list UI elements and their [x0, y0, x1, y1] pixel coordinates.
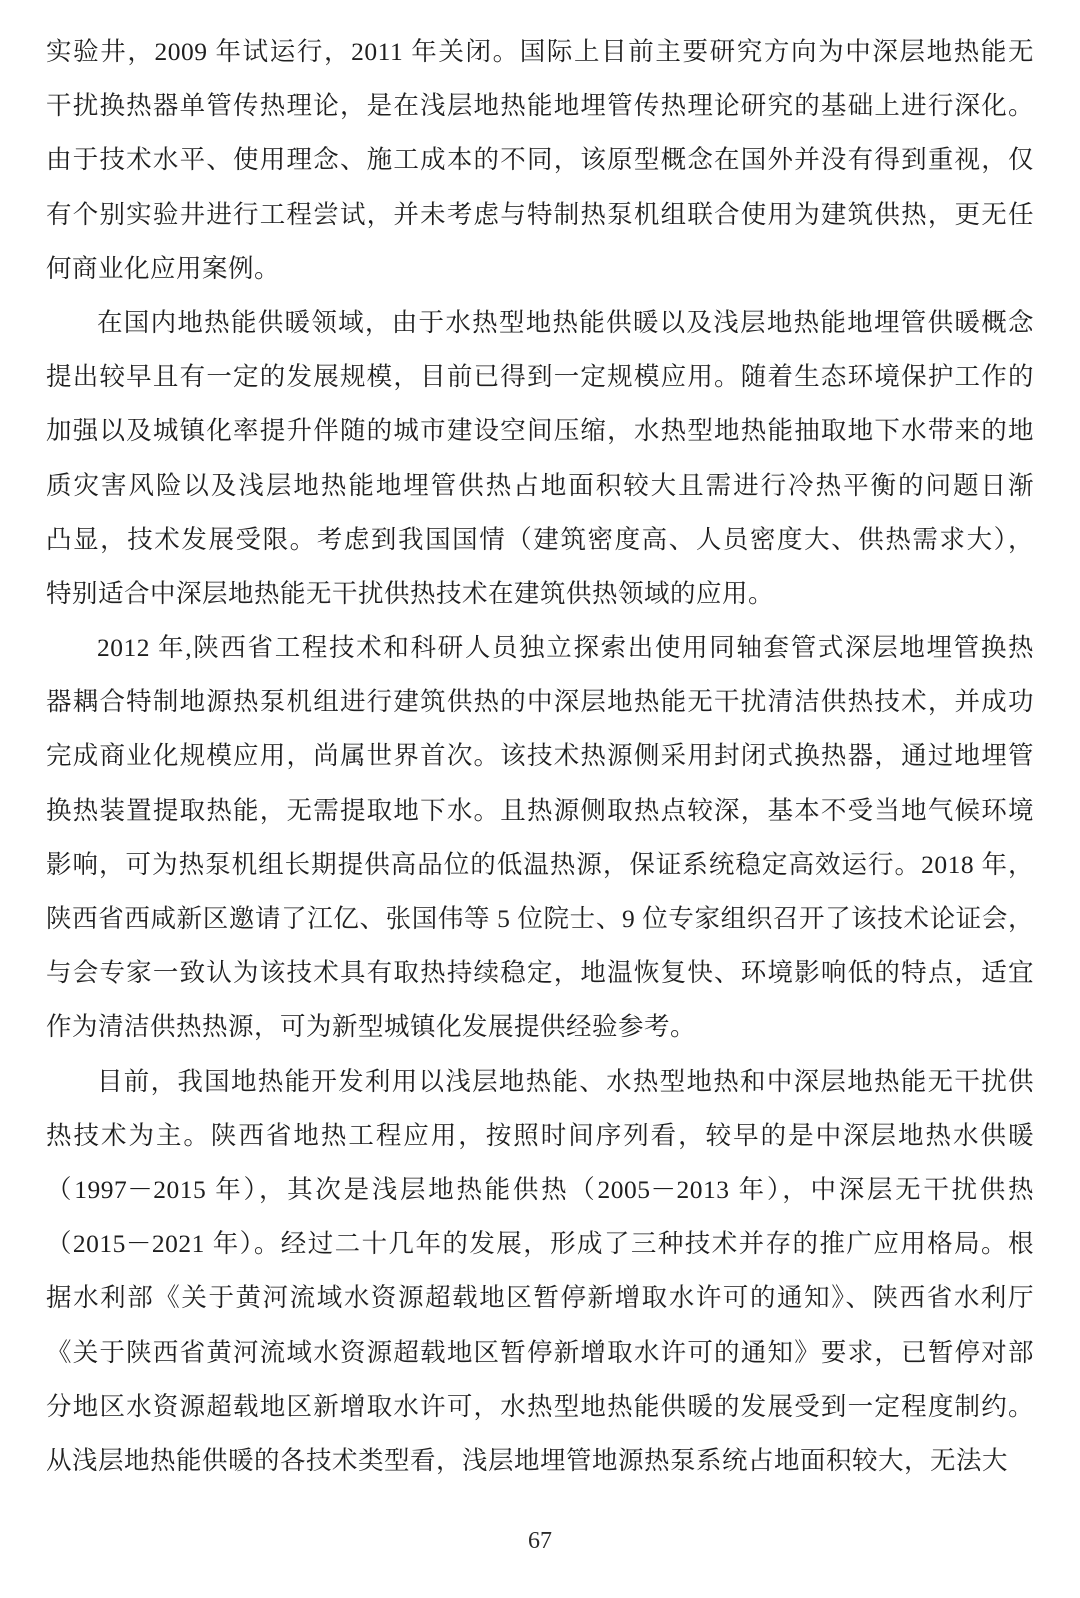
text-line: 2012 年,陕西省工程技术和科研人员独立探索出使用同轴套管式深层地埋管换热: [46, 621, 1034, 675]
text-line: 在国内地热能供暖领域，由于水热型地热能供暖以及浅层地热能地埋管供暖概念: [46, 296, 1034, 350]
text-line: 由于技术水平、使用理念、施工成本的不同，该原型概念在国外并没有得到重视，仅: [46, 133, 1034, 187]
text-line: 提出较早且有一定的发展规模，目前已得到一定规模应用。随着生态环境保护工作的: [46, 350, 1034, 404]
text-line: 特别适合中深层地热能无干扰供热技术在建筑供热领域的应用。: [46, 567, 1034, 621]
text-line: 作为清洁供热热源，可为新型城镇化发展提供经验参考。: [46, 1000, 1034, 1054]
paragraph: 实验井，2009 年试运行，2011 年关闭。国际上目前主要研究方向为中深层地热…: [46, 25, 1034, 296]
text-line: （2015－2021 年）。经过二十几年的发展，形成了三种技术并存的推广应用格局…: [46, 1217, 1034, 1271]
text-line: 器耦合特制地源热泵机组进行建筑供热的中深层地热能无干扰清洁供热技术，并成功: [46, 675, 1034, 729]
text-line: 凸显，技术发展受限。考虑到我国国情（建筑密度高、人员密度大、供热需求大），: [46, 513, 1034, 567]
text-line: 《关于陕西省黄河流域水资源超载地区暂停新增取水许可的通知》要求，已暂停对部: [46, 1326, 1034, 1380]
document-page: 实验井，2009 年试运行，2011 年关闭。国际上目前主要研究方向为中深层地热…: [0, 0, 1080, 1598]
text-line: 从浅层地热能供暖的各技术类型看，浅层地埋管地源热泵系统占地面积较大，无法大: [46, 1434, 1034, 1488]
text-line: 加强以及城镇化率提升伴随的城市建设空间压缩，水热型地热能抽取地下水带来的地: [46, 404, 1034, 458]
text-line: 影响，可为热泵机组长期提供高品位的低温热源，保证系统稳定高效运行。2018 年，: [46, 838, 1034, 892]
text-line: 完成商业化规模应用，尚属世界首次。该技术热源侧采用封闭式换热器，通过地埋管: [46, 729, 1034, 783]
text-line: 分地区水资源超载地区新增取水许可，水热型地热能供暖的发展受到一定程度制约。: [46, 1380, 1034, 1434]
text-line: 干扰换热器单管传热理论，是在浅层地热能地埋管传热理论研究的基础上进行深化。: [46, 79, 1034, 133]
text-line: 据水利部《关于黄河流域水资源超载地区暂停新增取水许可的通知》、陕西省水利厅: [46, 1271, 1034, 1325]
text-line: 热技术为主。陕西省地热工程应用，按照时间序列看，较早的是中深层地热水供暖: [46, 1109, 1034, 1163]
body-text: 实验井，2009 年试运行，2011 年关闭。国际上目前主要研究方向为中深层地热…: [0, 0, 1080, 1488]
text-line: 目前，我国地热能开发利用以浅层地热能、水热型地热和中深层地热能无干扰供: [46, 1055, 1034, 1109]
text-line: 与会专家一致认为该技术具有取热持续稳定，地温恢复快、环境影响低的特点，适宜: [46, 946, 1034, 1000]
text-line: 何商业化应用案例。: [46, 242, 1034, 296]
page-number: 67: [0, 1528, 1080, 1555]
text-line: 有个别实验井进行工程尝试，并未考虑与特制热泵机组联合使用为建筑供热，更无任: [46, 188, 1034, 242]
text-line: 实验井，2009 年试运行，2011 年关闭。国际上目前主要研究方向为中深层地热…: [46, 25, 1034, 79]
text-line: 质灾害风险以及浅层地热能地埋管供热占地面积较大且需进行冷热平衡的问题日渐: [46, 459, 1034, 513]
paragraph: 目前，我国地热能开发利用以浅层地热能、水热型地热和中深层地热能无干扰供热技术为主…: [46, 1055, 1034, 1489]
paragraph: 2012 年,陕西省工程技术和科研人员独立探索出使用同轴套管式深层地埋管换热器耦…: [46, 621, 1034, 1055]
text-line: 陕西省西咸新区邀请了江亿、张国伟等 5 位院士、9 位专家组织召开了该技术论证会…: [46, 892, 1034, 946]
text-line: （1997－2015 年），其次是浅层地热能供热（2005－2013 年），中深…: [46, 1163, 1034, 1217]
paragraph: 在国内地热能供暖领域，由于水热型地热能供暖以及浅层地热能地埋管供暖概念提出较早且…: [46, 296, 1034, 621]
text-line: 换热装置提取热能，无需提取地下水。且热源侧取热点较深，基本不受当地气候环境: [46, 784, 1034, 838]
